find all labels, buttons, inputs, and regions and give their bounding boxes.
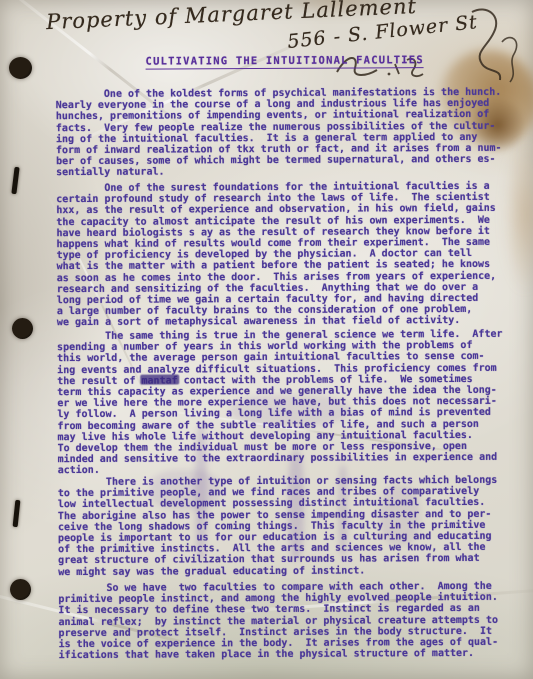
paragraph-5: So we have two faculties to compare with… xyxy=(58,581,523,662)
scanned-document-page: Property of Margaret Lallement 556 - S. … xyxy=(0,0,533,679)
paragraph-1: One of the koldest forms of psychical ma… xyxy=(56,87,521,179)
paragraph-2: One of the surest foundations for the in… xyxy=(56,181,522,329)
document-title: CULTIVATING THE INTUITIONAL FACULTIES xyxy=(146,54,424,69)
overstruck-word-mark xyxy=(140,374,179,384)
paragraph-4: There is another type of intuition or se… xyxy=(58,475,524,578)
typed-text-layer: CULTIVATING THE INTUITIONAL FACULTIES On… xyxy=(0,0,533,679)
paragraph-3: The same thing is true in the general sc… xyxy=(57,329,523,477)
